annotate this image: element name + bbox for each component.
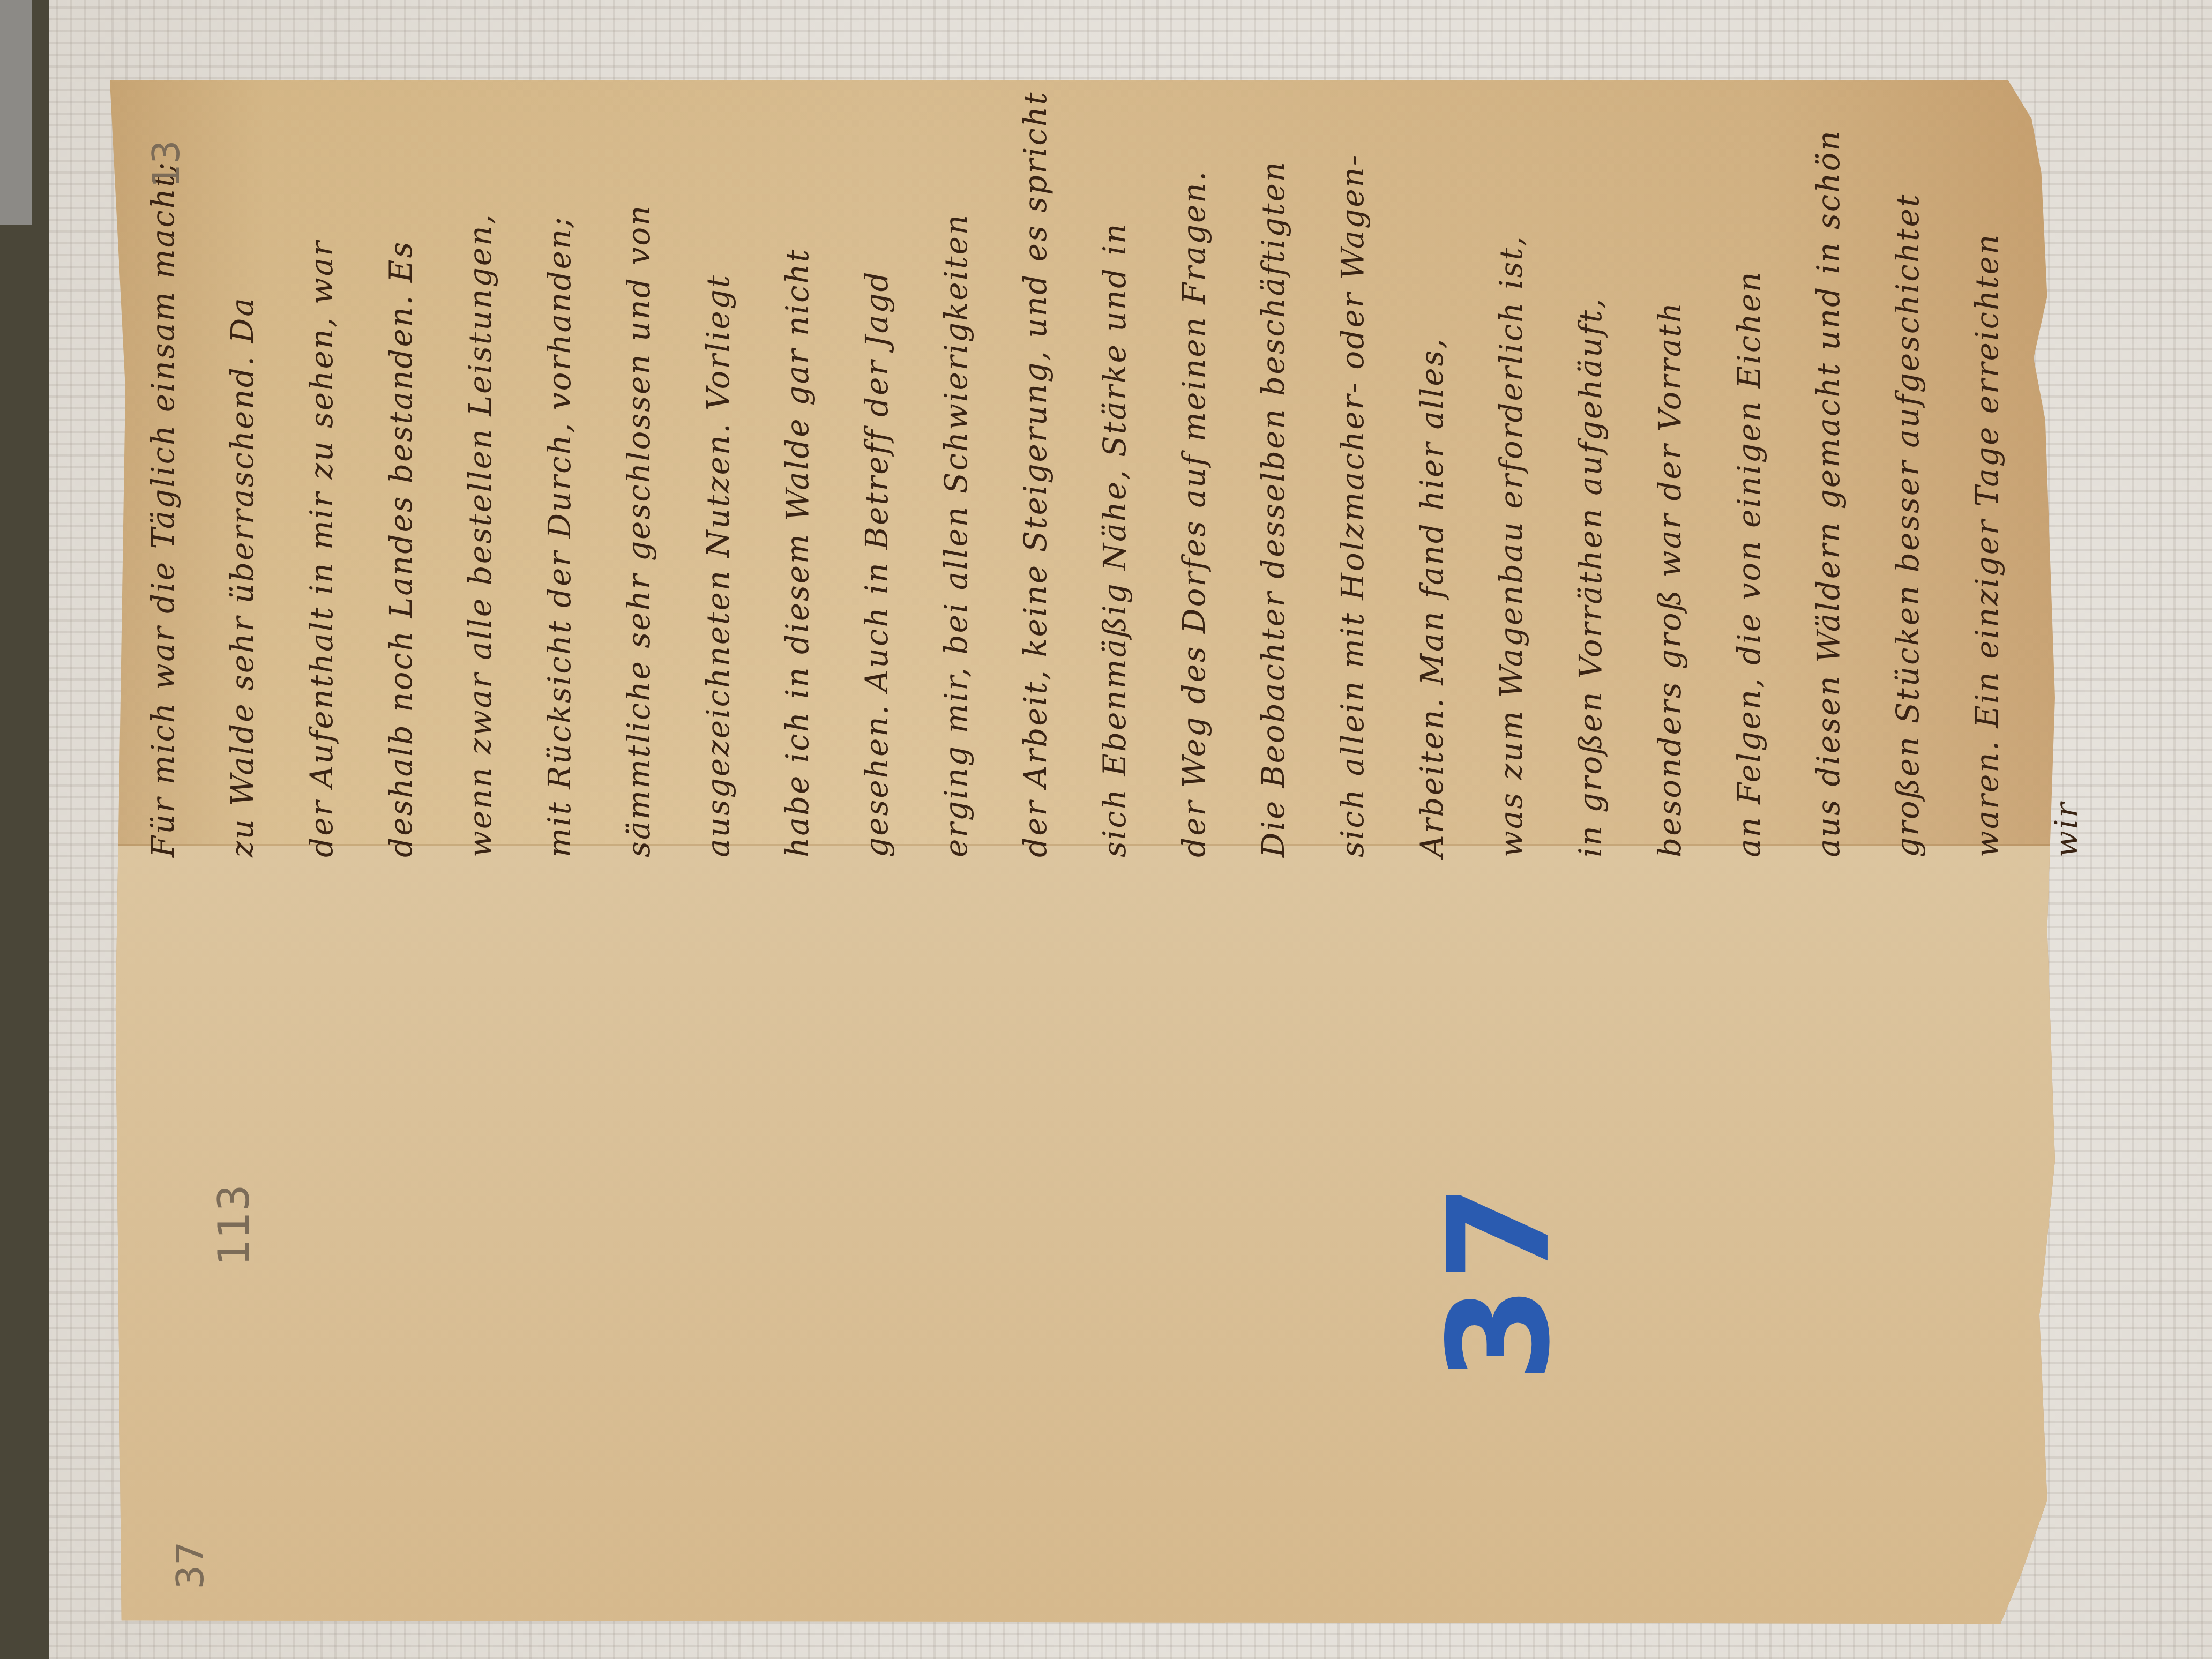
text-line: wir <box>2027 107 2106 857</box>
text-line: sich allein mit Holzmacher- oder Wagen- <box>1313 107 1392 857</box>
text-line: gesehen. Auch in Betreff der Jagd <box>837 107 916 857</box>
text-line: der Arbeit, keine Steigerung, und es spr… <box>996 107 1075 857</box>
lower-half-blank <box>110 846 2055 1624</box>
pencil-page-number-left: 113 <box>209 1184 259 1266</box>
pencil-page-number-bottom: 37 <box>168 1541 212 1589</box>
text-line: besonders groß war der Vorrath <box>1630 107 1709 857</box>
text-line: deshalb noch Landes bestanden. Es <box>361 107 440 857</box>
text-line: waren. Ein einziger Tage erreichten <box>1947 107 2027 857</box>
blue-crayon-number: 37 <box>1419 1180 1581 1382</box>
handwritten-text-block: Für mich war die Täglich einsam macht; z… <box>123 107 1892 857</box>
text-line: zu Walde sehr überraschend. Da <box>203 107 282 857</box>
background-dark-edge <box>0 0 49 1659</box>
text-line: mit Rücksicht der Durch, vorhanden; <box>520 107 599 857</box>
text-line: großen Stücken besser aufgeschichtet <box>1868 107 1947 857</box>
text-line: der Weg des Dorfes auf meinen Fragen. <box>1154 107 1234 857</box>
text-line: sämmtliche sehr geschlossen und von <box>599 107 678 857</box>
text-line: sich Ebenmäßig Nähe, Stärke und in <box>1075 107 1154 857</box>
text-line: an Felgen, die von einigen Eichen <box>1709 107 1789 857</box>
pencil-page-number-top: 13 <box>144 140 188 188</box>
text-line: aus diesen Wäldern gemacht und in schön <box>1789 107 1868 857</box>
text-line: der Aufenthalt in mir zu sehen, war <box>282 107 361 857</box>
text-line: wenn zwar alle bestellen Leistungen, <box>440 107 520 857</box>
text-line: Für mich war die Täglich einsam macht; <box>123 107 203 857</box>
text-line: Arbeiten. Man fand hier alles, <box>1392 107 1471 857</box>
text-line: was zum Wagenbau erforderlich ist, <box>1471 107 1551 857</box>
text-line: habe ich in diesem Walde gar nicht <box>758 107 837 857</box>
text-line: erging mir, bei allen Schwierigkeiten <box>916 107 996 857</box>
text-line: in großen Vorräthen aufgehäuft, <box>1551 107 1630 857</box>
text-line: Die Beobachter desselben beschäftigten <box>1234 107 1313 857</box>
text-line: ausgezeichneten Nutzen. Vorliegt <box>678 107 758 857</box>
